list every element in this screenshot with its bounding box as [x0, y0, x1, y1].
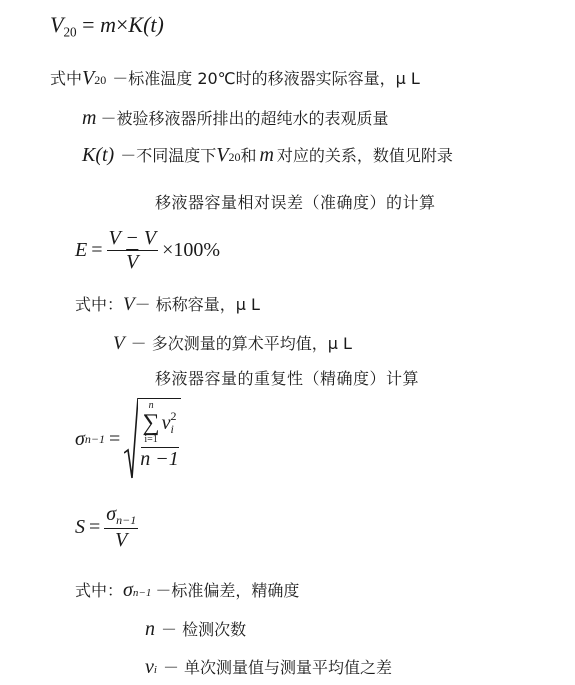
var-k: K: [128, 12, 143, 37]
var-v: v: [145, 656, 154, 679]
def-k-desc-1: －不同温度下: [120, 143, 216, 166]
sub-i: i: [171, 423, 177, 436]
formula-error: E = V − V V × 100%: [75, 227, 220, 274]
formula-sigma: σn−1 = n ∑ i=1 v2i n −1: [75, 398, 181, 480]
def-k-desc-3: 对应的关系，数值见附录: [277, 143, 453, 166]
var-vbar: V: [113, 333, 125, 355]
sub-i: i: [154, 664, 157, 676]
var-sigma: σ: [75, 428, 85, 451]
sigma-numerator: n ∑ i=1 v2i: [141, 401, 179, 448]
def-sigma: 式中： σn−1 －标准偏差，精确度: [75, 578, 299, 602]
sqrt: n ∑ i=1 v2i n −1: [124, 398, 181, 480]
var-m: m: [100, 12, 116, 37]
def-sigma-desc: －标准偏差，精确度: [155, 578, 299, 601]
formula-volume: V20 = m×K(t): [50, 12, 164, 41]
sub-20: 20: [228, 150, 240, 165]
def-n: n － 检测次数: [145, 617, 246, 641]
var-n: n: [145, 618, 155, 641]
var-v: V: [50, 12, 63, 37]
def-prefix: 式中：: [75, 578, 123, 601]
var-sigma: σ: [123, 579, 133, 602]
sub-20: 20: [94, 73, 106, 88]
equals: =: [109, 428, 120, 451]
var-s: S: [75, 516, 85, 539]
sub-n-1: n−1: [133, 587, 151, 599]
var-v: V: [123, 294, 135, 316]
times: ×: [116, 12, 128, 37]
def-v20: 式中 V20 －标准温度 20℃时的移液器实际容量，μ L: [50, 66, 420, 90]
sub-n-1: n−1: [116, 513, 136, 527]
def-m: m －被验移液器所排出的超纯水的表观质量: [82, 106, 388, 130]
def-n-desc: － 检测次数: [161, 617, 246, 640]
formula-s: S = σn−1 V: [75, 503, 138, 552]
s-numerator: σn−1: [104, 503, 138, 529]
equals: =: [82, 12, 94, 37]
equals: =: [91, 239, 102, 262]
error-numerator: V − V: [107, 227, 159, 251]
var-v: V: [82, 67, 94, 90]
def-prefix: 式中：: [75, 292, 123, 315]
var-kt: K(t): [82, 144, 114, 167]
def-vi-desc: － 单次测量值与测量平均值之差: [163, 655, 392, 678]
var-v: v: [162, 412, 171, 435]
heading-precision: 移液器容量的重复性（精确度）计算: [155, 366, 419, 389]
s-fraction: σn−1 V: [104, 503, 138, 552]
s-denominator: V: [113, 529, 129, 552]
def-m-desc: －被验移液器所排出的超纯水的表观质量: [100, 106, 388, 129]
def-k-desc-2: 和: [240, 143, 256, 166]
sum-icon: ∑: [143, 411, 160, 435]
sqrt-icon: [124, 398, 138, 480]
def-v-desc: － 标称容量，μ L: [135, 292, 260, 315]
sub-20: 20: [63, 25, 76, 40]
sum-lower: i=1: [144, 435, 157, 445]
var-v: V: [216, 144, 228, 167]
sub-n-1: n−1: [85, 432, 105, 447]
sum: n ∑ i=1: [143, 401, 160, 445]
percent-value: 100%: [173, 239, 220, 262]
def-v20-desc: －标准温度 20℃时的移液器实际容量，μ L: [112, 66, 420, 89]
def-k: K(t) －不同温度下 V20 和 m 对应的关系，数值见附录: [82, 143, 453, 167]
var-sigma: σ: [106, 503, 116, 525]
var-m: m: [82, 107, 96, 130]
times: ×: [162, 239, 173, 262]
def-vbar-desc: － 多次测量的算术平均值，μ L: [131, 331, 352, 354]
def-v-mean: V － 多次测量的算术平均值，μ L: [113, 331, 352, 355]
heading-accuracy: 移液器容量相对误差（准确度）的计算: [155, 190, 436, 213]
def-prefix: 式中: [50, 66, 82, 89]
def-v-nominal: 式中： V － 标称容量，μ L: [75, 292, 260, 316]
error-fraction: V − V V: [107, 227, 159, 274]
sigma-fraction: n ∑ i=1 v2i n −1: [138, 398, 181, 480]
sigma-denominator: n −1: [138, 448, 181, 471]
arg-t: (t): [143, 12, 164, 37]
var-m: m: [259, 144, 273, 167]
var-e: E: [75, 239, 87, 262]
equals: =: [89, 516, 100, 539]
error-denominator: V: [124, 251, 140, 274]
def-vi: vi － 单次测量值与测量平均值之差: [145, 655, 392, 679]
